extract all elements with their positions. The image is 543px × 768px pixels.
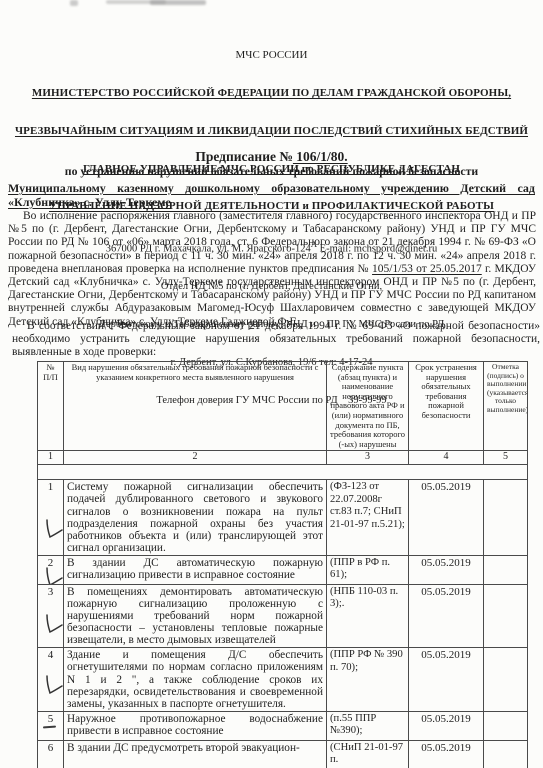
table-row: 6 В здании ДС предусмотреть второй эваку… (38, 740, 528, 768)
completion-mark-cell (484, 648, 528, 711)
completion-mark-cell (484, 555, 528, 584)
handwritten-check-icon (39, 674, 63, 698)
completion-mark-cell (484, 740, 528, 768)
legal-basis: (п.55 ППР №390); (327, 711, 409, 740)
legal-basis: (ППР РФ № 390 п. 70); (327, 648, 409, 711)
table-row: 2 В здании ДС автоматическую пожарную си… (38, 555, 528, 584)
violation-text: Систему пожарной сигнализации обеспечить… (64, 480, 327, 556)
handwritten-check-icon (39, 518, 63, 542)
document-title: Предписание № 106/1/80. (0, 150, 543, 164)
spacer-row (38, 465, 528, 480)
deadline-date: 05.05.2019 (409, 480, 484, 556)
header-deadline: Срок устранения нарушения обязательных т… (409, 362, 484, 451)
document-title-block: Предписание № 106/1/80. по устранению на… (0, 150, 543, 178)
deadline-date: 05.05.2019 (409, 555, 484, 584)
org-name-line: МИНИСТЕРСТВО РОССИЙСКОЙ ФЕДЕРАЦИИ ПО ДЕЛ… (0, 87, 543, 100)
completion-mark-cell (484, 711, 528, 740)
violation-text: В здании ДС автоматическую пожарную сигн… (64, 555, 327, 584)
deadline-date: 05.05.2019 (409, 584, 484, 647)
header-row-number: №П/П (38, 362, 64, 451)
legal-basis: (ФЗ-123 от 22.07.2008г ст.83 п.7; СНиП 2… (327, 480, 409, 556)
org-name-line: ЧРЕЗВЫЧАЙНЫМ СИТУАЦИЯМ И ЛИКВИДАЦИИ ПОСЛ… (0, 125, 543, 138)
scan-artifact (150, 0, 206, 5)
violation-text: Здание и помещения Д/С обеспечить огнету… (64, 648, 327, 711)
violation-text: В помещениях демонтировать автоматическу… (64, 584, 327, 647)
violation-text: В здании ДС предусмотреть второй эвакуац… (64, 740, 327, 768)
row-number: 5 (48, 713, 54, 725)
row-number: 1 (48, 481, 54, 493)
completion-mark-cell (484, 584, 528, 647)
legal-basis: (СНиП 21-01-97 п. (327, 740, 409, 768)
column-numbers-row: 1 2 3 4 5 (38, 451, 528, 465)
header-violation: Вид нарушения обязательных требований по… (64, 362, 327, 451)
deadline-date: 05.05.2019 (409, 648, 484, 711)
row-number: 3 (48, 586, 54, 598)
header-completion-mark: Отметка (подпись) о выполнении (указывае… (484, 362, 528, 451)
referenced-order-number: 105/1/53 от 25.05.2017 (372, 263, 482, 275)
violations-table: №П/П Вид нарушения обязательных требован… (37, 361, 528, 768)
handwritten-check-icon (39, 613, 63, 637)
org-name-line: МЧС РОССИИ (0, 49, 543, 62)
handwritten-check-icon (39, 566, 63, 585)
body-paragraph-1: Во исполнение распоряжения главного (зам… (8, 210, 536, 329)
header-basis: Содержание пункта (абзац пункта) и наиме… (327, 362, 409, 451)
scanned-document-page: МЧС РОССИИ МИНИСТЕРСТВО РОССИЙСКОЙ ФЕДЕР… (0, 0, 543, 768)
scan-artifact (70, 0, 78, 6)
row-number: 6 (48, 742, 54, 754)
table-row: 1 Систему пожарной сигнализации обеспечи… (38, 480, 528, 556)
violation-text: Наружное противопожарное водоснабжение п… (64, 711, 327, 740)
table-row: 5 Наружное противопожарное водоснабжение… (38, 711, 528, 740)
table-row: 3 В помещениях демонтировать автоматичес… (38, 584, 528, 647)
document-number: 106/1/80. (293, 149, 348, 164)
table-header-row: №П/П Вид нарушения обязательных требован… (38, 362, 528, 451)
table-row: 4 Здание и помещения Д/С обеспечить огне… (38, 648, 528, 711)
legal-basis: (ППР в РФ п. 61); (327, 555, 409, 584)
legal-basis: (НПБ 110-03 п. 3);. (327, 584, 409, 647)
completion-mark-cell (484, 480, 528, 556)
document-subtitle: по устранению нарушений обязательных тре… (0, 165, 543, 178)
body-paragraph-2: В соответствии с Федеральным законом от … (8, 320, 540, 360)
deadline-date: 05.05.2019 (409, 740, 484, 768)
deadline-date: 05.05.2019 (409, 711, 484, 740)
row-number: 4 (48, 649, 54, 661)
addressee-organization: Муниципальному казенному дошкольному обр… (8, 181, 535, 209)
